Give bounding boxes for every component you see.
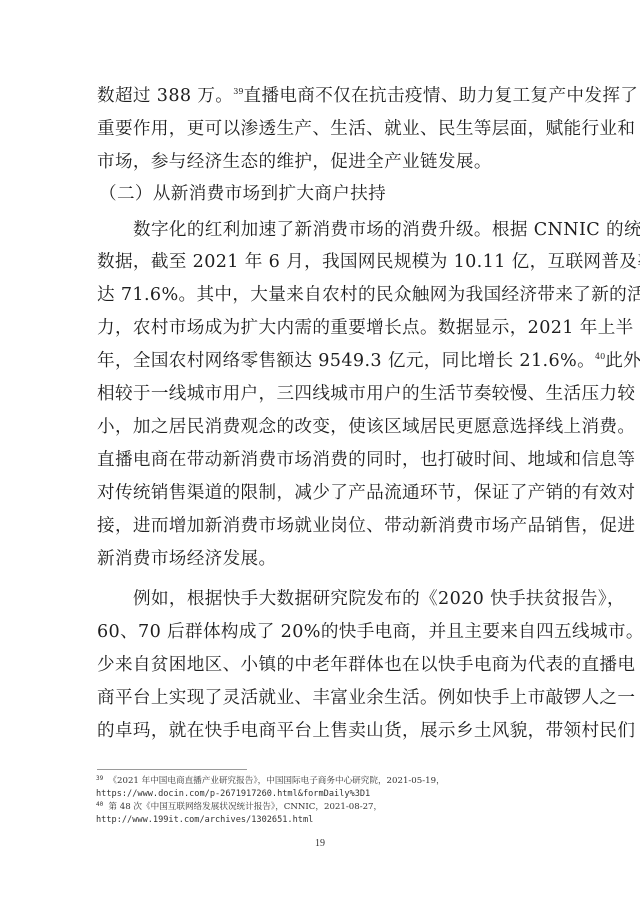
paragraph-line: 重要作用，更可以渗透生产、生活、就业、民生等层面，赋能行业和 [97,113,635,146]
footnote-39-url[interactable]: https://www.docin.com/p-2671917260.html&… [96,788,370,801]
footnote-number: 40 [96,801,103,808]
footnote-divider [97,769,247,770]
paragraph-line: 达 71.6%。其中，大量来自农村的民众触网为我国经济带来了新的活 [97,279,640,312]
paragraph-line: 数超过 388 万。39直播电商不仅在抗击疫情、助力复工复产中发挥了 [97,80,638,113]
paragraph-line: 力，农村市场成为扩大内需的重要增长点。数据显示，2021 年上半 [97,312,634,345]
paragraph-line: 小，加之居民消费观念的改变，使该区域居民更愿意选择线上消费。 [97,411,635,444]
footnote-citation: 第 48 次《中国互联网络发展状况统计报告》，CNNIC，2021-08-27， [108,802,382,812]
line-text: 数超过 388 万。 [97,86,233,106]
line-text: 直播电商不仅在抗击疫情、助力复工复产中发挥了 [243,86,638,106]
paragraph-line: 直播电商在带动新消费市场消费的同时，也打破时间、地域和信息等 [97,444,635,477]
paragraph-line: 数据，截至 2021 年 6 月，我国网民规模为 10.11 亿，互联网普及率 [97,246,640,279]
footnote-40: 40 第 48 次《中国互联网络发展状况统计报告》，CNNIC，2021-08-… [96,801,382,814]
paragraph-line: 少来自贫困地区、小镇的中老年群体也在以快手电商为代表的直播电 [97,649,635,682]
paragraph-line: 相较于一线城市用户，三四线城市用户的生活节奏较慢、生活压力较 [97,378,635,411]
footnote-ref-39[interactable]: 39 [233,87,243,96]
paragraph-line: 接，进而增加新消费市场就业岗位、带动新消费市场产品销售，促进 [97,510,635,543]
paragraph-line: 的卓玛，就在快手电商平台上售卖山货，展示乡土风貌，带领村民们 [97,715,635,748]
footnote-39: 39 《2021 年中国电商直播产业研究报告》，中国国际电子商务中心研究院，20… [96,775,445,788]
paragraph-line: 60、70 后群体构成了 20%的快手电商，并且主要来自四五线城市。不 [97,616,640,649]
page-number: 19 [0,838,640,849]
footnote-ref-40[interactable]: 40 [595,352,605,361]
footnote-number: 39 [96,775,103,782]
line-text: 年，全国农村网络零售额达 9549.3 亿元，同比增长 21.6%。 [97,351,595,371]
footnote-40-url[interactable]: http://www.199it.com/archives/1302651.ht… [96,814,313,827]
paragraph-line: 例如，根据快手大数据研究院发布的《2020 快手扶贫报告》， [133,583,625,616]
paragraph-line: 商平台上实现了灵活就业、丰富业余生活。例如快手上市敲锣人之一 [97,682,635,715]
paragraph-line: 市场，参与经济生态的维护，促进全产业链发展。 [97,146,492,179]
section-heading: （二）从新消费市场到扩大商户扶持 [99,178,386,211]
paragraph-line: 新消费市场经济发展。 [97,543,276,576]
paragraph-line: 数字化的红利加速了新消费市场的消费升级。根据 CNNIC 的统计 [133,214,640,247]
footnote-citation: 《2021 年中国电商直播产业研究报告》，中国国际电子商务中心研究院，2021-… [108,776,444,786]
line-text: 此外， [605,351,640,371]
paragraph-line: 年，全国农村网络零售额达 9549.3 亿元，同比增长 21.6%。40此外， [97,345,640,378]
paragraph-line: 对传统销售渠道的限制，减少了产品流通环节，保证了产销的有效对 [97,477,635,510]
